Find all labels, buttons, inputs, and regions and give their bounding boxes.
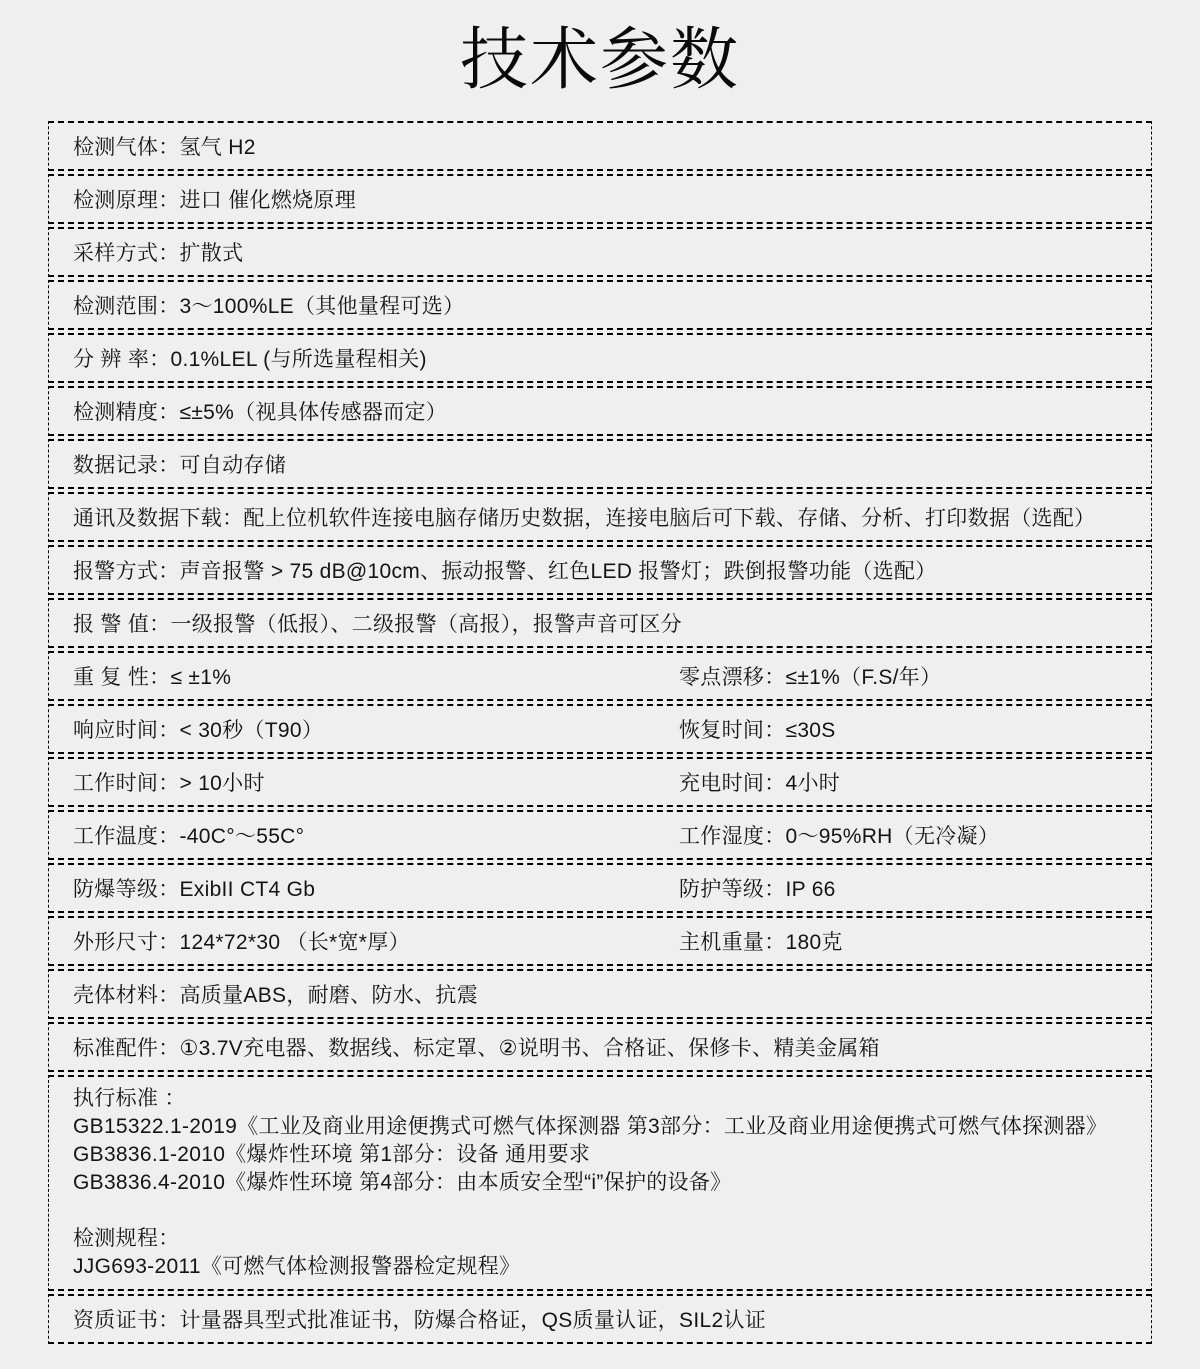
spec-row-communication: 通讯及数据下载：配上位机软件连接电脑存储历史数据，连接电脑后可下载、存储、分析、… <box>48 492 1152 542</box>
spec-text: 外形尺寸：124*72*30 （长*宽*厚） <box>73 926 679 956</box>
spec-text: 工作时间：> 10小时 <box>73 767 679 797</box>
spec-text-line: GB3836.1-2010《爆炸性环境 第1部分：设备 通用要求 <box>73 1141 1127 1169</box>
spec-row-standard-accessories: 标准配件：①3.7V充电器、数据线、标定罩、②说明书、合格证、保修卡、精美金属箱 <box>48 1022 1152 1072</box>
spec-text: 检测精度：≤±5%（视具体传感器而定） <box>73 396 447 426</box>
spec-text: 重 复 性：≤ ±1% <box>73 661 679 691</box>
spec-row-dimensions-weight: 外形尺寸：124*72*30 （长*宽*厚） 主机重量：180克 <box>48 916 1152 966</box>
spec-row-repeatability-zero-drift: 重 复 性：≤ ±1% 零点漂移：≤±1%（F.S/年） <box>48 651 1152 701</box>
spec-text: 采样方式：扩散式 <box>73 237 243 267</box>
spec-row-data-logging: 数据记录：可自动存储 <box>48 439 1152 489</box>
spec-text-line: 执行标准 ： <box>73 1085 1127 1113</box>
spec-text: 检测气体：氢气 H2 <box>73 131 256 161</box>
spec-row-sampling-method: 采样方式：扩散式 <box>48 227 1152 277</box>
spec-row-accuracy: 检测精度：≤±5%（视具体传感器而定） <box>48 386 1152 436</box>
spec-text: 检测原理：进口 催化燃烧原理 <box>73 184 356 214</box>
spec-text: 壳体材料：高质量ABS，耐磨、防水、抗震 <box>73 979 478 1009</box>
spec-text-line: 检测规程： <box>73 1225 1127 1253</box>
spec-text: 零点漂移：≤±1%（F.S/年） <box>679 661 941 691</box>
spec-row-detection-range: 检测范围：3～100%LE（其他量程可选） <box>48 280 1152 330</box>
spec-text: 报警方式：声音报警 > 75 dB@10cm、振动报警、红色LED 报警灯；跌倒… <box>73 555 937 585</box>
spec-text: 响应时间：< 30秒（T90） <box>73 714 679 744</box>
spec-row-standards-and-procedures: 执行标准 ： GB15322.1-2019《工业及商业用途便携式可燃气体探测器 … <box>48 1075 1152 1291</box>
spec-text: 充电时间：4小时 <box>679 767 840 797</box>
page-title: 技术参数 <box>0 0 1200 106</box>
spec-row-detection-gas: 检测气体：氢气 H2 <box>48 121 1152 171</box>
spec-row-resolution: 分 辨 率：0.1%LEL (与所选量程相关) <box>48 333 1152 383</box>
spec-text-line: JJG693-2011《可燃气体检测报警器检定规程》 <box>73 1253 1127 1281</box>
spec-text: 工作湿度：0～95%RH（无冷凝） <box>679 820 999 850</box>
spec-text: 防爆等级：ExibII CT4 Gb <box>73 873 679 903</box>
spec-text: 防护等级：IP 66 <box>679 873 836 903</box>
spec-text: 恢复时间：≤30S <box>679 714 836 744</box>
spec-row-housing-material: 壳体材料：高质量ABS，耐磨、防水、抗震 <box>48 969 1152 1019</box>
spec-text: 数据记录：可自动存储 <box>73 449 286 479</box>
spec-text: 工作温度：-40C°～55C° <box>73 820 679 850</box>
spec-text: 标准配件：①3.7V充电器、数据线、标定罩、②说明书、合格证、保修卡、精美金属箱 <box>73 1032 880 1062</box>
spec-table: 检测气体：氢气 H2 检测原理：进口 催化燃烧原理 采样方式：扩散式 检测范围：… <box>48 121 1152 1344</box>
spec-text: 分 辨 率：0.1%LEL (与所选量程相关) <box>73 343 427 373</box>
spec-text-line: GB3836.4-2010《爆炸性环境 第4部分：由本质安全型“i”保护的设备》 <box>73 1169 1127 1197</box>
spec-row-alarm-value: 报 警 值：一级报警（低报）、二级报警（高报），报警声音可区分 <box>48 598 1152 648</box>
spec-row-working-charging-time: 工作时间：> 10小时 充电时间：4小时 <box>48 757 1152 807</box>
spec-text: 通讯及数据下载：配上位机软件连接电脑存储历史数据，连接电脑后可下载、存储、分析、… <box>73 502 1095 532</box>
spec-text: 主机重量：180克 <box>679 926 843 956</box>
spec-text: 检测范围：3～100%LE（其他量程可选） <box>73 290 464 320</box>
spec-row-certificates: 资质证书：计量器具型式批准证书，防爆合格证，QS质量认证，SIL2认证 <box>48 1294 1152 1344</box>
spec-row-alarm-mode: 报警方式：声音报警 > 75 dB@10cm、振动报警、红色LED 报警灯；跌倒… <box>48 545 1152 595</box>
spec-row-explosion-proof-protection: 防爆等级：ExibII CT4 Gb 防护等级：IP 66 <box>48 863 1152 913</box>
spec-row-detection-principle: 检测原理：进口 催化燃烧原理 <box>48 174 1152 224</box>
spec-text-line: GB15322.1-2019《工业及商业用途便携式可燃气体探测器 第3部分：工业… <box>73 1113 1127 1141</box>
spec-text: 资质证书：计量器具型式批准证书，防爆合格证，QS质量认证，SIL2认证 <box>73 1304 766 1334</box>
spec-row-response-recovery-time: 响应时间：< 30秒（T90） 恢复时间：≤30S <box>48 704 1152 754</box>
spec-sheet-page: { "title": "技术参数", "colors": { "backgrou… <box>0 0 1200 1369</box>
spec-text-line-spacer <box>73 1197 1127 1225</box>
spec-text: 报 警 值：一级报警（低报）、二级报警（高报），报警声音可区分 <box>73 608 682 638</box>
spec-row-temperature-humidity: 工作温度：-40C°～55C° 工作湿度：0～95%RH（无冷凝） <box>48 810 1152 860</box>
